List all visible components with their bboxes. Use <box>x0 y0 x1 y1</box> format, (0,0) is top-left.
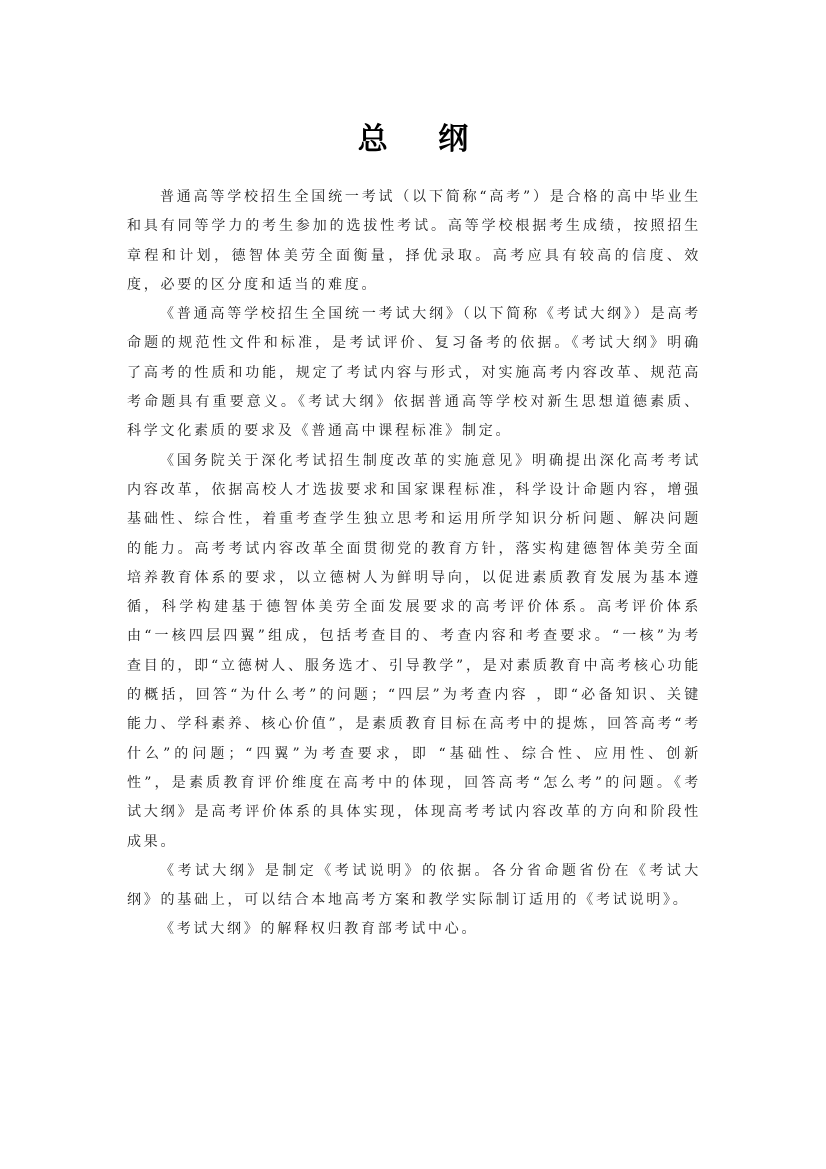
document-page: 总 纲 普通高等学校招生全国统一考试（以下简称“高考”）是合格的高中毕业生和具有… <box>0 0 826 1169</box>
document-body: 普通高等学校招生全国统一考试（以下简称“高考”）是合格的高中毕业生和具有同等学力… <box>127 183 701 945</box>
paragraph-reform-evaluation-system: 《国务院关于深化考试招生制度改革的实施意见》明确提出深化高考考试内容改革，依据高… <box>127 447 701 857</box>
page-title: 总 纲 <box>0 120 826 160</box>
paragraph-exam-outline-purpose: 《普通高等学校招生全国统一考试大纲》（以下简称《考试大纲》）是高考命题的规范性文… <box>127 300 701 446</box>
paragraph-gaokao-definition: 普通高等学校招生全国统一考试（以下简称“高考”）是合格的高中毕业生和具有同等学力… <box>127 183 701 300</box>
paragraph-exam-instructions-basis: 《考试大纲》是制定《考试说明》的依据。各分省命题省份在《考试大纲》的基础上，可以… <box>127 857 701 916</box>
paragraph-interpretation-rights: 《考试大纲》的解释权归教育部考试中心。 <box>127 915 701 944</box>
